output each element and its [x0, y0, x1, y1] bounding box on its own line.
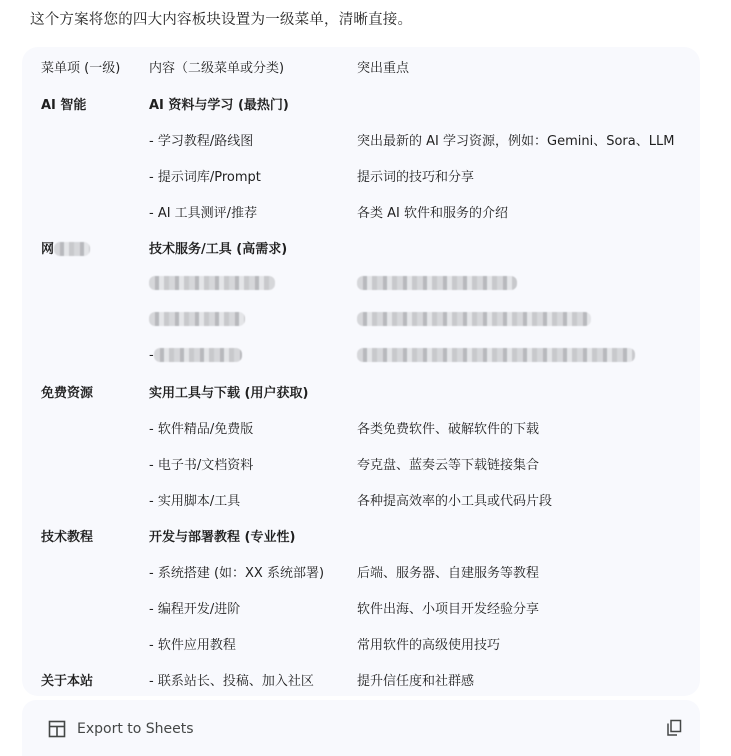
menu-item-cell [22, 121, 149, 157]
highlight-cell [357, 517, 697, 553]
menu-item-cell: 免费资源 [22, 373, 149, 409]
table-row: 网技术服务/工具 (高需求) [22, 229, 697, 265]
menu-item-cell: 关于本站 [22, 661, 149, 696]
intro-text: 这个方案将您的四大内容板块设置为一级菜单，清晰直接。 [30, 8, 412, 29]
menu-item-cell [22, 337, 149, 373]
table-row: - 编程开发/进阶软件出海、小项目开发经验分享 [22, 589, 697, 625]
table-row: 技术教程开发与部署教程 (专业性) [22, 517, 697, 553]
highlight-cell: 后端、服务器、自建服务等教程 [357, 553, 697, 589]
highlight-cell [357, 229, 697, 265]
table-row: - 实用脚本/工具各种提高效率的小工具或代码片段 [22, 481, 697, 517]
menu-item-cell: 技术教程 [22, 517, 149, 553]
redacted-text [357, 276, 517, 290]
content-cell: 实用工具与下载 (用户获取) [149, 373, 357, 409]
copy-icon [666, 719, 682, 737]
table-row [22, 265, 697, 301]
table-row: AI 智能AI 资料与学习 (最热门) [22, 85, 697, 121]
table-row: - 系统搭建 (如：XX 系统部署)后端、服务器、自建服务等教程 [22, 553, 697, 589]
highlight-cell: 提示词的技巧和分享 [357, 157, 697, 193]
redacted-text [149, 312, 245, 326]
table-row: 关于本站- 联系站长、投稿、加入社区提升信任度和社群感 [22, 661, 697, 696]
table-header-row: 菜单项 (一级) 内容（二级菜单或分类) 突出重点 [22, 47, 697, 85]
content-cell: - 编程开发/进阶 [149, 589, 357, 625]
table-row: - 提示词库/Prompt提示词的技巧和分享 [22, 157, 697, 193]
export-to-sheets-button[interactable]: Export to Sheets [48, 720, 194, 738]
menu-table-container: 菜单项 (一级) 内容（二级菜单或分类) 突出重点 AI 智能AI 资料与学习 … [22, 47, 700, 696]
table-row: - [22, 337, 697, 373]
content-cell: - [149, 337, 357, 373]
menu-item-cell: 网 [22, 229, 149, 265]
table-row: - 学习教程/路线图突出最新的 AI 学习资源，例如：Gemini、Sora、L… [22, 121, 697, 157]
menu-item-cell [22, 481, 149, 517]
menu-item-cell [22, 445, 149, 481]
table-footer-bar: Export to Sheets [22, 700, 700, 756]
menu-item-cell [22, 553, 149, 589]
highlight-cell: 突出最新的 AI 学习资源，例如：Gemini、Sora、LLM [357, 121, 697, 157]
content-cell: - 提示词库/Prompt [149, 157, 357, 193]
header-highlight: 突出重点 [357, 47, 697, 85]
menu-item-cell [22, 409, 149, 445]
copy-table-button[interactable] [666, 719, 682, 741]
highlight-cell: 夸克盘、蓝奏云等下载链接集合 [357, 445, 697, 481]
content-cell: - 实用脚本/工具 [149, 481, 357, 517]
highlight-cell: 各类免费软件、破解软件的下载 [357, 409, 697, 445]
content-cell [149, 301, 357, 337]
table-row [22, 301, 697, 337]
export-label: Export to Sheets [77, 721, 194, 737]
menu-item-cell: AI 智能 [22, 85, 149, 121]
table-row: 免费资源实用工具与下载 (用户获取) [22, 373, 697, 409]
menu-table: 菜单项 (一级) 内容（二级菜单或分类) 突出重点 AI 智能AI 资料与学习 … [22, 47, 697, 696]
table-row: - 软件精品/免费版各类免费软件、破解软件的下载 [22, 409, 697, 445]
highlight-cell: 提升信任度和社群感 [357, 661, 697, 696]
menu-item-cell [22, 265, 149, 301]
content-cell [149, 265, 357, 301]
content-cell: 技术服务/工具 (高需求) [149, 229, 357, 265]
redacted-text [357, 348, 635, 362]
highlight-cell: 各种提高效率的小工具或代码片段 [357, 481, 697, 517]
highlight-cell: 常用软件的高级使用技巧 [357, 625, 697, 661]
redacted-text [149, 276, 275, 290]
highlight-cell [357, 373, 697, 409]
redacted-text [54, 242, 90, 256]
menu-item-cell [22, 589, 149, 625]
highlight-cell [357, 301, 697, 337]
content-cell: - 软件应用教程 [149, 625, 357, 661]
menu-item-cell [22, 193, 149, 229]
highlight-cell [357, 265, 697, 301]
menu-item-cell [22, 625, 149, 661]
table-row: - 电子书/文档资料夸克盘、蓝奏云等下载链接集合 [22, 445, 697, 481]
highlight-cell [357, 85, 697, 121]
menu-item-cell [22, 157, 149, 193]
highlight-cell: 各类 AI 软件和服务的介绍 [357, 193, 697, 229]
redacted-text [357, 312, 591, 326]
content-cell: - 系统搭建 (如：XX 系统部署) [149, 553, 357, 589]
table-icon [48, 720, 66, 738]
content-cell: 开发与部署教程 (专业性) [149, 517, 357, 553]
redacted-text [154, 348, 242, 362]
header-content: 内容（二级菜单或分类) [149, 47, 357, 85]
content-cell: - 软件精品/免费版 [149, 409, 357, 445]
content-cell: - AI 工具测评/推荐 [149, 193, 357, 229]
content-cell: - 电子书/文档资料 [149, 445, 357, 481]
highlight-cell [357, 337, 697, 373]
table-row: - 软件应用教程常用软件的高级使用技巧 [22, 625, 697, 661]
content-cell: - 联系站长、投稿、加入社区 [149, 661, 357, 696]
table-row: - AI 工具测评/推荐各类 AI 软件和服务的介绍 [22, 193, 697, 229]
menu-item-cell [22, 301, 149, 337]
highlight-cell: 软件出海、小项目开发经验分享 [357, 589, 697, 625]
content-cell: AI 资料与学习 (最热门) [149, 85, 357, 121]
header-menu-item: 菜单项 (一级) [22, 47, 149, 85]
content-cell: - 学习教程/路线图 [149, 121, 357, 157]
